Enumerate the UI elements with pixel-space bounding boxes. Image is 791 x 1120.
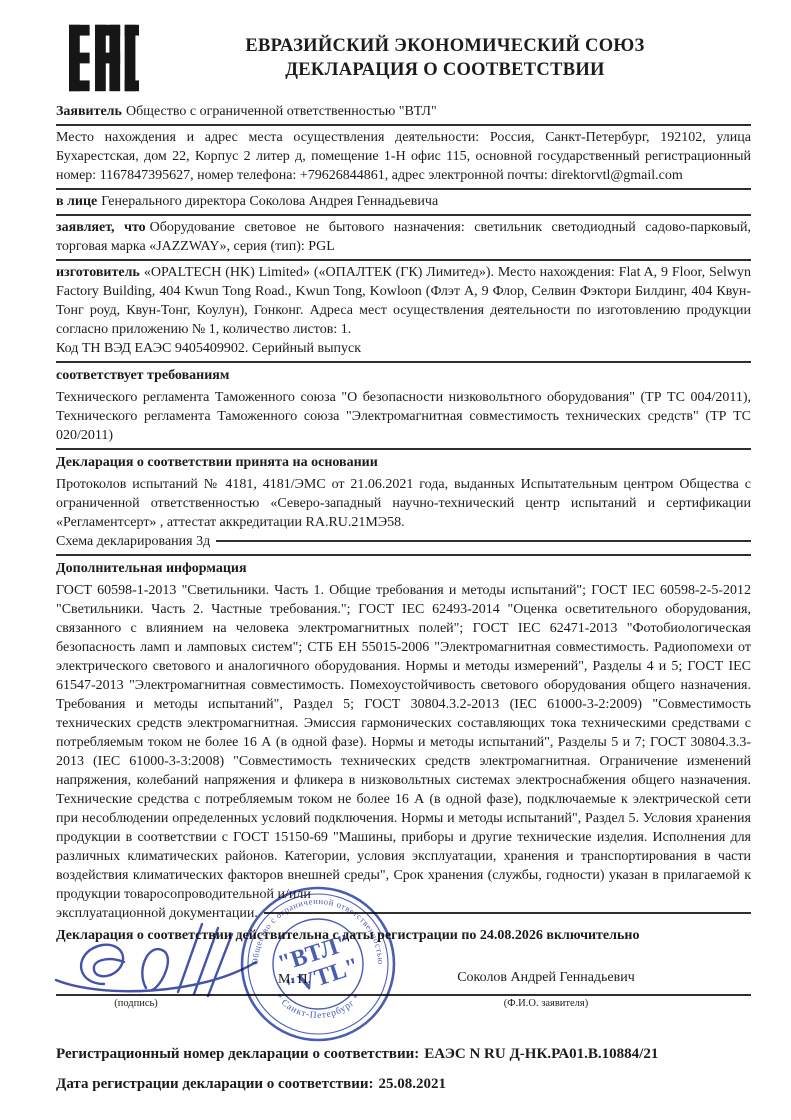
representative-label: в лице	[56, 194, 97, 209]
eac-mark-icon	[69, 24, 139, 92]
manufacturer-section: изготовитель«OPALTECH (HK) Limited» («ОП…	[56, 261, 751, 363]
additional-last-line: эксплуатационной документации.	[56, 904, 258, 923]
address-paragraph: Место нахождения и адрес места осуществл…	[56, 126, 751, 190]
applicant-row: ЗаявительОбщество с ограниченной ответст…	[56, 100, 751, 126]
additional-rule	[264, 912, 751, 914]
declares-label: заявляет, что	[56, 220, 146, 235]
basis-paragraph: Протоколов испытаний № 4181, 4181/ЭМС от…	[56, 475, 751, 532]
signer-name: Соколов Андрей Геннадьевич	[396, 970, 696, 986]
basis-section: Протоколов испытаний № 4181, 4181/ЭМС от…	[56, 473, 751, 556]
registration-date-label: Дата регистрации декларации о соответств…	[56, 1076, 374, 1092]
additional-heading: Дополнительная информация	[56, 556, 751, 579]
registration-number-row: Регистрационный номер декларации о соотв…	[56, 1046, 751, 1063]
additional-paragraph: ГОСТ 60598-1-2013 "Светильники. Часть 1.…	[56, 581, 751, 904]
representative-row: в лицеГенерального директора Соколова Ан…	[56, 190, 751, 216]
scheme-row: Схема декларирования 3д	[56, 532, 751, 551]
declaration-document: ЕВРАЗИЙСКИЙ ЭКОНОМИЧЕСКИЙ СОЮЗ ДЕКЛАРАЦИ…	[0, 0, 791, 1120]
scheme-line: Схема декларирования 3д	[56, 532, 210, 551]
declares-paragraph: заявляет, чтоОборудование световое не бы…	[56, 216, 751, 261]
title-declaration: ДЕКЛАРАЦИЯ О СООТВЕТСТВИИ	[139, 58, 751, 82]
stamp-ring-bottom-text: * Санкт-Петербург *	[273, 992, 364, 1021]
signature-block: Общество с ограниченной ответственностью…	[56, 948, 751, 1020]
registration-date-value: 25.08.2021	[379, 1076, 447, 1092]
applicant-label: Заявитель	[56, 104, 122, 119]
requirements-heading: соответствует требованиям	[56, 363, 751, 386]
registration-number-value: ЕАЭС N RU Д-НК.РА01.В.10884/21	[424, 1046, 658, 1062]
basis-heading: Декларация о соответствии принята на осн…	[56, 450, 751, 473]
validity-statement: Декларация о соответствии действительна …	[56, 923, 751, 948]
scheme-rule	[216, 540, 751, 542]
registration-footer: Регистрационный номер декларации о соотв…	[56, 1046, 751, 1093]
document-header: ЕВРАЗИЙСКИЙ ЭКОНОМИЧЕСКИЙ СОЮЗ ДЕКЛАРАЦИ…	[56, 24, 751, 100]
applicant-value: Общество с ограниченной ответственностью…	[126, 104, 437, 119]
registration-number-label: Регистрационный номер декларации о соотв…	[56, 1046, 419, 1062]
signature-rule	[56, 994, 751, 996]
declares-value: Оборудование световое не бытового назнач…	[56, 220, 751, 254]
svg-text:* Санкт-Петербург *: * Санкт-Петербург *	[273, 992, 364, 1021]
manufacturer-label: изготовитель	[56, 265, 140, 280]
registration-date-row: Дата регистрации декларации о соответств…	[56, 1076, 751, 1093]
signer-name-caption: (Ф.И.О. заявителя)	[396, 998, 696, 1009]
manufacturer-paragraph: изготовитель«OPALTECH (HK) Limited» («ОП…	[56, 263, 751, 339]
manufacturer-value: «OPALTECH (HK) Limited» («ОПАЛТЕК (ГК) Л…	[56, 265, 751, 337]
document-title: ЕВРАЗИЙСКИЙ ЭКОНОМИЧЕСКИЙ СОЮЗ ДЕКЛАРАЦИ…	[139, 24, 751, 82]
representative-value: Генерального директора Соколова Андрея Г…	[101, 194, 438, 209]
additional-last-row: эксплуатационной документации.	[56, 904, 751, 923]
title-union: ЕВРАЗИЙСКИЙ ЭКОНОМИЧЕСКИЙ СОЮЗ	[139, 34, 751, 58]
signature-caption: (подпись)	[76, 998, 196, 1009]
additional-section: ГОСТ 60598-1-2013 "Светильники. Часть 1.…	[56, 579, 751, 923]
requirements-paragraph: Технического регламента Таможенного союз…	[56, 386, 751, 450]
tnved-code-line: Код ТН ВЭД ЕАЭС 9405409902. Серийный вып…	[56, 339, 751, 358]
stamp-place-label: М. П.	[278, 972, 311, 988]
